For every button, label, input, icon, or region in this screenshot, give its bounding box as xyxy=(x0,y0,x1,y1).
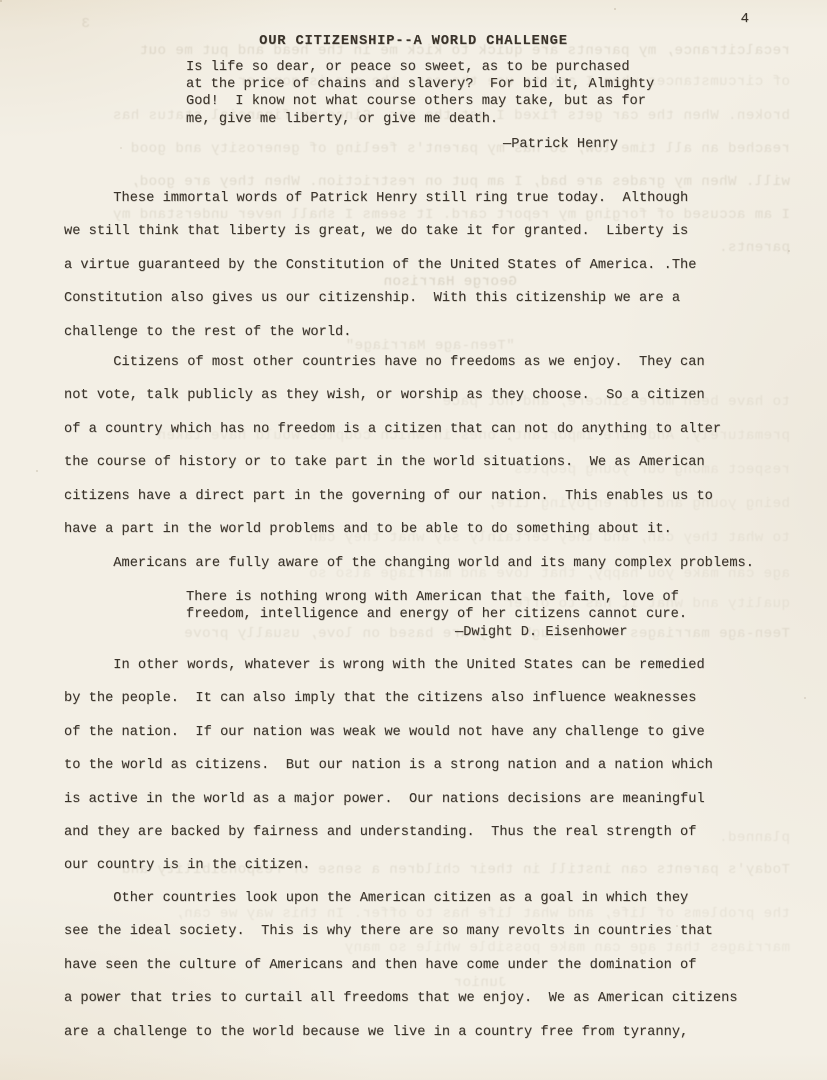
paragraph-immortal-words: These immortal words of Patrick Henry st… xyxy=(64,182,696,349)
typed-line: is active in the world as a major power.… xyxy=(64,783,713,816)
typed-line: and they are backed by fairness and unde… xyxy=(64,816,713,849)
typed-line: the course of history or to take part in… xyxy=(64,446,721,479)
typed-line: not vote, talk publicly as they wish, or… xyxy=(64,379,721,412)
typed-line: Citizens of most other countries have no… xyxy=(64,346,721,379)
paragraph-in-other-words: In other words, whatever is wrong with t… xyxy=(64,649,713,883)
typed-line: Other countries look upon the American c… xyxy=(64,882,738,915)
typed-line: Is life so dear, or peace so sweet, as t… xyxy=(186,59,654,76)
page-number: 4 xyxy=(741,11,749,27)
typed-line: to the world as citizens. But our nation… xyxy=(64,749,713,782)
typed-line: at the price of chains and slavery? For … xyxy=(186,76,654,93)
typed-line: freedom, intelligence and energy of her … xyxy=(186,606,687,623)
typed-line: of the nation. If our nation was weak we… xyxy=(64,716,713,749)
typed-line: God! I know not what course others may t… xyxy=(186,93,654,110)
document-page: 3recalcitrance, my parents are quick to … xyxy=(0,0,827,1080)
typed-line: In other words, whatever is wrong with t… xyxy=(64,649,713,682)
quote-attribution-eisenhower: —Dwight D. Eisenhower xyxy=(455,625,628,640)
paragraph-citizens-of-other-countries: Citizens of most other countries have no… xyxy=(64,346,721,546)
typed-line: are a challenge to the world because we … xyxy=(64,1016,738,1049)
typed-line: Constitution also gives us our citizensh… xyxy=(64,282,696,315)
typed-line: have seen the culture of Americans and t… xyxy=(64,949,738,982)
typed-line: a power that tries to curtail all freedo… xyxy=(64,982,738,1015)
typed-line: a virtue guaranteed by the Constitution … xyxy=(64,249,696,282)
typed-line: by the people. It can also imply that th… xyxy=(64,682,713,715)
typed-line: These immortal words of Patrick Henry st… xyxy=(64,182,696,215)
typed-line: Americans are fully aware of the changin… xyxy=(64,547,754,580)
typed-line: citizens have a direct part in the gover… xyxy=(64,480,721,513)
typed-line: we still think that liberty is great, we… xyxy=(64,215,696,248)
typed-line: There is nothing wrong with American tha… xyxy=(186,589,687,606)
quote-eisenhower: There is nothing wrong with American tha… xyxy=(186,589,687,623)
paragraph-other-countries-look: Other countries look upon the American c… xyxy=(64,882,738,1049)
typed-line: see the ideal society. This is why there… xyxy=(64,915,738,948)
paragraph-americans-aware: Americans are fully aware of the changin… xyxy=(64,547,754,580)
quote-patrick-henry: Is life so dear, or peace so sweet, as t… xyxy=(186,59,654,128)
page-title: OUR CITIZENSHIP--A WORLD CHALLENGE xyxy=(0,34,827,49)
typed-line: have a part in the world problems and to… xyxy=(64,513,721,546)
typed-line: our country is in the citizen. xyxy=(64,849,713,882)
typed-line: me, give me liberty, or give me death. xyxy=(186,111,654,128)
typed-line: challenge to the rest of the world. xyxy=(64,316,696,349)
typed-line: of a country which has no freedom is a c… xyxy=(64,413,721,446)
quote-attribution-patrick-henry: —Patrick Henry xyxy=(503,137,618,152)
typed-content: 4 OUR CITIZENSHIP--A WORLD CHALLENGE Is … xyxy=(0,0,827,1080)
